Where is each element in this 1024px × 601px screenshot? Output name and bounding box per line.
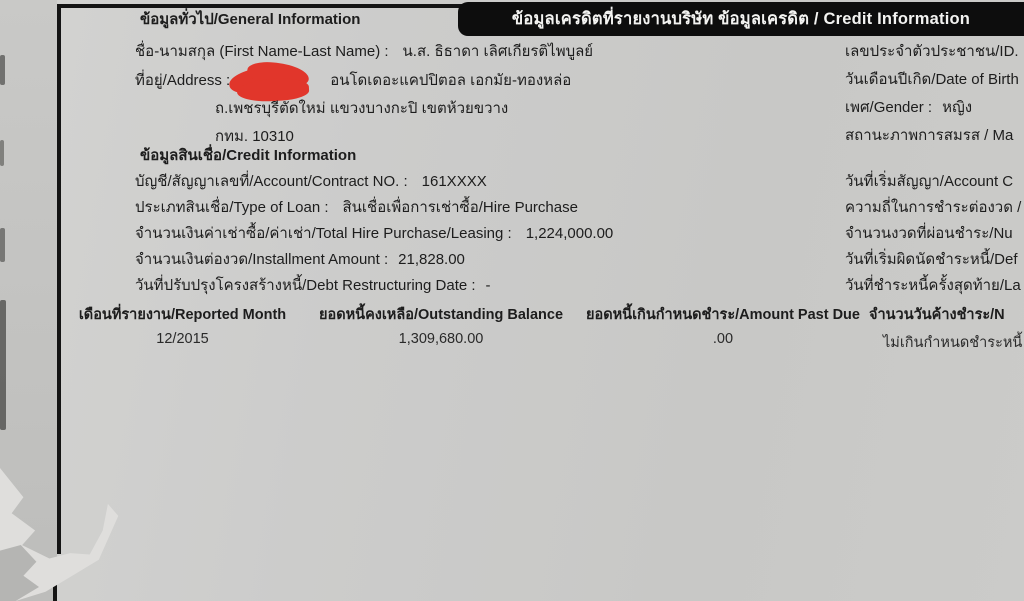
scan-edge-mark (0, 300, 6, 430)
credit-report-photo: ข้อมูลเครดิตที่รายงานบริษัท ข้อมูลเครดิต… (0, 0, 1024, 601)
scan-edge-mark (0, 228, 5, 262)
address-line2: ถ.เพชรบุรีตัดใหม่ แขวงบางกะปิ เขตห้วยขวา… (215, 100, 508, 119)
days-past-due-header: จำนวนวันค้างชำระ/N (869, 303, 1024, 326)
address-row: ที่อยู่/Address :อนโดเดอะแคปปิตอล เอกมัย… (135, 72, 571, 91)
outstanding-balance-header: ยอดหนี้คงเหลือ/Outstanding Balance (305, 303, 577, 326)
last-payment-date-label: วันที่ชำระหนี้ครั้งสุดท้าย/La (845, 277, 1021, 296)
outstanding-balance-value: 1,309,680.00 (305, 331, 577, 347)
debt-restructuring-row: วันที่ปรับปรุงโครงสร้างหนี้/Debt Restruc… (135, 277, 491, 296)
address-line3: กทม. 10310 (215, 128, 294, 147)
table-column-reported-month: เดือนที่รายงาน/Reported Month 12/2015 (60, 303, 305, 354)
loan-type-row: ประเภทสินเชื่อ/Type of Loan :สินเชื่อเพื… (135, 199, 578, 218)
table-column-days-past-due: จำนวนวันค้างชำระ/N ไม่เกินกำหนดชำระหนี้ (869, 303, 1024, 354)
credit-information-header-bar: ข้อมูลเครดิตที่รายงานบริษัท ข้อมูลเครดิต… (458, 2, 1024, 36)
installment-amount-value: 21,828.00 (398, 251, 465, 268)
frame-left-border (57, 4, 61, 554)
scan-edge-mark (0, 140, 4, 166)
installment-amount-row: จำนวนเงินต่องวด/Installment Amount :21,8… (135, 251, 465, 270)
loan-type-label: ประเภทสินเชื่อ/Type of Loan : (135, 199, 329, 216)
gender-row: เพศ/Gender :หญิง (845, 99, 972, 118)
scan-edge-mark (0, 55, 5, 85)
credit-information-header-title: ข้อมูลเครดิตที่รายงานบริษัท ข้อมูลเครดิต… (512, 6, 970, 32)
default-date-label: วันที่เริ่มผิดนัดชำระหนี้/Def (845, 251, 1018, 270)
credit-info-section-title: ข้อมูลสินเชื่อ/Credit Information (140, 147, 356, 166)
name-value: น.ส. ธิธาดา เลิศเกียรติไพบูลย์ (403, 43, 594, 60)
address-label: ที่อยู่/Address : (135, 72, 230, 89)
address-value: อนโดเดอะแคปปิตอล เอกมัย-ทองหล่อ (330, 72, 571, 89)
account-number-row: บัญชี/สัญญาเลขที่/Account/Contract NO. :… (135, 173, 487, 192)
account-number-value: 161XXXX (422, 173, 487, 190)
debt-restructuring-value: - (486, 277, 491, 294)
total-hire-purchase-label: จำนวนเงินค่าเช่าซื้อ/ค่าเช่า/Total Hire … (135, 225, 512, 242)
table-column-amount-past-due: ยอดหนี้เกินกำหนดชำระ/Amount Past Due .00 (577, 303, 869, 354)
payment-frequency-label: ความถี่ในการชำระต่องวด / (845, 199, 1021, 218)
debt-restructuring-label: วันที่ปรับปรุงโครงสร้างหนี้/Debt Restruc… (135, 277, 476, 294)
frame-top-border (57, 4, 487, 8)
installment-amount-label: จำนวนเงินต่องวด/Installment Amount : (135, 251, 388, 268)
table-column-outstanding-balance: ยอดหนี้คงเหลือ/Outstanding Balance 1,309… (305, 303, 577, 354)
date-of-birth-label: วันเดือนปีเกิด/Date of Birth (845, 71, 1019, 90)
amount-past-due-header: ยอดหนี้เกินกำหนดชำระ/Amount Past Due (577, 303, 869, 326)
amount-past-due-value: .00 (577, 331, 869, 347)
reported-month-value: 12/2015 (60, 331, 305, 347)
name-label: ชื่อ-นามสกุล (First Name-Last Name) : (135, 43, 389, 60)
reported-month-header: เดือนที่รายงาน/Reported Month (60, 303, 305, 326)
account-open-date-label: วันที่เริ่มสัญญา/Account C (845, 173, 1013, 192)
name-row: ชื่อ-นามสกุล (First Name-Last Name) :น.ส… (135, 43, 593, 62)
number-of-installments-label: จำนวนงวดที่ผ่อนชำระ/Nu (845, 225, 1013, 244)
total-hire-purchase-row: จำนวนเงินค่าเช่าซื้อ/ค่าเช่า/Total Hire … (135, 225, 613, 244)
redaction-scribble (227, 61, 315, 104)
loan-type-value: สินเชื่อเพื่อการเช่าซื้อ/Hire Purchase (343, 199, 578, 216)
reported-month-table: เดือนที่รายงาน/Reported Month 12/2015 ยอ… (60, 303, 1024, 354)
account-number-label: บัญชี/สัญญาเลขที่/Account/Contract NO. : (135, 173, 408, 190)
total-hire-purchase-value: 1,224,000.00 (526, 225, 614, 242)
id-number-label: เลขประจำตัวประชาชน/ID. (845, 43, 1019, 62)
gender-value: หญิง (942, 99, 972, 116)
general-info-section-title: ข้อมูลทั่วไป/General Information (140, 11, 360, 30)
days-past-due-value: ไม่เกินกำหนดชำระหนี้ (869, 331, 1024, 354)
marital-status-label: สถานะภาพการสมรส / Ma (845, 127, 1013, 146)
gender-label: เพศ/Gender : (845, 99, 932, 116)
